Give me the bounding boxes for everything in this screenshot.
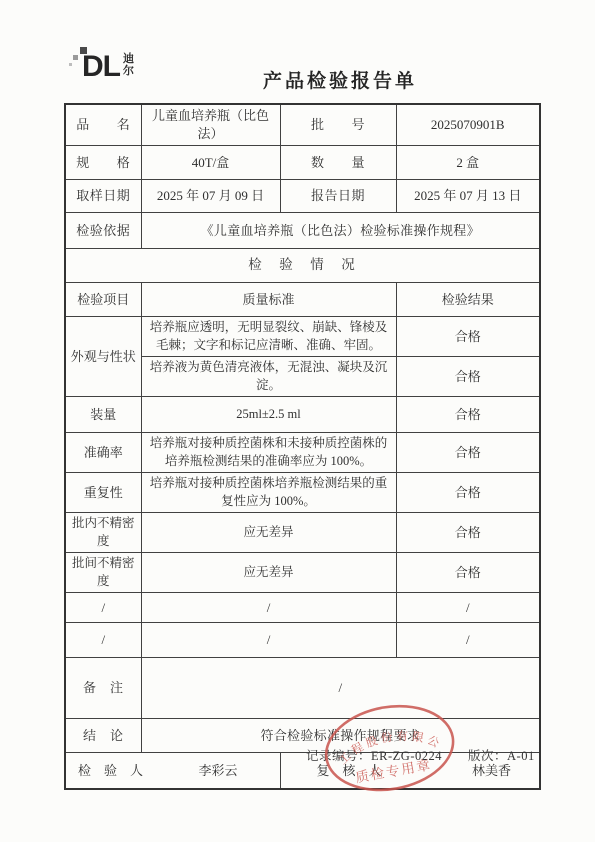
field-value-spec: 40T/盒 — [141, 146, 280, 180]
col-header-standard: 质量标准 — [141, 283, 396, 317]
cell-standard-fill-volume: 25ml±2.5 ml — [141, 397, 396, 433]
footer-version-label: 版次： — [468, 749, 507, 763]
field-label-sampling-date: 取样日期 — [65, 180, 141, 213]
row-product: 品 名 儿童血培养瓶（比色法） 批 号 2025070901B — [65, 104, 540, 146]
col-header-item: 检验项目 — [65, 283, 141, 317]
company-logo: DL 迪 尔 — [82, 52, 134, 82]
cell-standard-blank-2: / — [141, 623, 396, 658]
section-header-inspection: 检 验 情 况 — [65, 249, 540, 283]
conclusion-label: 结 论 — [65, 719, 141, 753]
footer-version: A-01 — [507, 749, 535, 763]
cell-item-inter-batch: 批间不精密度 — [65, 553, 141, 593]
cell-item-fill-volume: 装量 — [65, 397, 141, 433]
footer-record-line: 记录编号：ER-ZG-0224版次：A-01 — [306, 746, 535, 764]
cell-standard-intra-batch: 应无差异 — [141, 513, 396, 553]
cell-standard-inter-batch: 应无差异 — [141, 553, 396, 593]
field-label-basis: 检验依据 — [65, 213, 141, 249]
cell-result-blank-2: / — [396, 623, 540, 658]
field-value-report-date: 2025 年 07 月 13 日 — [396, 180, 540, 213]
cell-standard-accuracy: 培养瓶对接种质控菌株和未接种质控菌株的培养瓶检测结果的准确率应为 100%。 — [141, 433, 396, 473]
logo-cn-bottom: 尔 — [123, 65, 134, 77]
inspector-label: 检 验 人 — [78, 762, 143, 780]
logo-mark: DL — [82, 52, 120, 82]
cell-result-blank-1: / — [396, 593, 540, 623]
field-label-batch-no: 批 号 — [280, 104, 396, 146]
field-label-product-name: 品 名 — [65, 104, 141, 146]
reviewer-label: 复 核 人 — [317, 762, 382, 780]
row-inter-batch-imprecision: 批间不精密度 应无差异 合格 — [65, 553, 540, 593]
row-dates: 取样日期 2025 年 07 月 09 日 报告日期 2025 年 07 月 1… — [65, 180, 540, 213]
row-spec: 规 格 40T/盒 数 量 2 盒 — [65, 146, 540, 180]
row-column-headers: 检验项目 质量标准 检验结果 — [65, 283, 540, 317]
report-page: DL 迪 尔 产品检验报告单 品 名 儿童血培养瓶（比色法） 批 号 20250… — [0, 0, 595, 842]
row-appearance-1: 外观与性状 培养瓶应透明，无明显裂纹、崩缺、锋棱及毛棘；文字和标记应清晰、准确、… — [65, 317, 540, 357]
field-label-report-date: 报告日期 — [280, 180, 396, 213]
field-label-spec: 规 格 — [65, 146, 141, 180]
logo-pixel-square — [80, 47, 87, 54]
cell-result-inter-batch: 合格 — [396, 553, 540, 593]
cell-item-intra-batch: 批内不精密度 — [65, 513, 141, 553]
cell-item-repeatability: 重复性 — [65, 473, 141, 513]
row-basis: 检验依据 《儿童血培养瓶（比色法）检验标准操作规程》 — [65, 213, 540, 249]
reviewer-name: 林美香 — [472, 762, 511, 780]
cell-item-blank-2: / — [65, 623, 141, 658]
cell-standard-blank-1: / — [141, 593, 396, 623]
cell-standard-appearance-1: 培养瓶应透明，无明显裂纹、崩缺、锋棱及毛棘；文字和标记应清晰、准确、牢固。 — [141, 317, 396, 357]
field-value-quantity: 2 盒 — [396, 146, 540, 180]
field-value-product-name: 儿童血培养瓶（比色法） — [141, 104, 280, 146]
cell-item-accuracy: 准确率 — [65, 433, 141, 473]
field-value-basis: 《儿童血培养瓶（比色法）检验标准操作规程》 — [141, 213, 540, 249]
row-fill-volume: 装量 25ml±2.5 ml 合格 — [65, 397, 540, 433]
row-repeatability: 重复性 培养瓶对接种质控菌株培养瓶检测结果的重复性应为 100%。 合格 — [65, 473, 540, 513]
field-value-batch-no: 2025070901B — [396, 104, 540, 146]
cell-result-repeatability: 合格 — [396, 473, 540, 513]
field-value-sampling-date: 2025 年 07 月 09 日 — [141, 180, 280, 213]
cell-item-appearance: 外观与性状 — [65, 317, 141, 397]
row-remark: 备 注 / — [65, 658, 540, 719]
col-header-result: 检验结果 — [396, 283, 540, 317]
field-label-quantity: 数 量 — [280, 146, 396, 180]
row-blank-1: / / / — [65, 593, 540, 623]
logo-pixel-square — [69, 63, 72, 66]
cell-result-intra-batch: 合格 — [396, 513, 540, 553]
row-intra-batch-imprecision: 批内不精密度 应无差异 合格 — [65, 513, 540, 553]
row-section-header: 检 验 情 况 — [65, 249, 540, 283]
inspector-name: 李彩云 — [198, 762, 237, 780]
inspector-cell: 检 验 人 李彩云 — [65, 753, 280, 789]
logo-cn-name: 迪 尔 — [123, 53, 134, 77]
cell-standard-appearance-2: 培养液为黄色清亮液体，无混浊、凝块及沉淀。 — [141, 357, 396, 397]
cell-result-accuracy: 合格 — [396, 433, 540, 473]
logo-pixel-square — [73, 55, 78, 60]
cell-result-appearance-1: 合格 — [396, 317, 540, 357]
remark-value: / — [141, 658, 540, 719]
report-table: 品 名 儿童血培养瓶（比色法） 批 号 2025070901B 规 格 40T/… — [64, 103, 541, 790]
cell-standard-repeatability: 培养瓶对接种质控菌株培养瓶检测结果的重复性应为 100%。 — [141, 473, 396, 513]
cell-result-fill-volume: 合格 — [396, 397, 540, 433]
remark-label: 备 注 — [65, 658, 141, 719]
logo-cn-top: 迪 — [123, 53, 134, 65]
cell-result-appearance-2: 合格 — [396, 357, 540, 397]
row-blank-2: / / / — [65, 623, 540, 658]
footer-record-label: 记录编号： — [306, 749, 371, 763]
logo-mark-text: DL — [82, 50, 120, 83]
footer-record-no: ER-ZG-0224 — [371, 749, 442, 763]
cell-item-blank-1: / — [65, 593, 141, 623]
report-title: 产品检验报告单 — [190, 66, 490, 93]
row-accuracy: 准确率 培养瓶对接种质控菌株和未接种质控菌株的培养瓶检测结果的准确率应为 100… — [65, 433, 540, 473]
